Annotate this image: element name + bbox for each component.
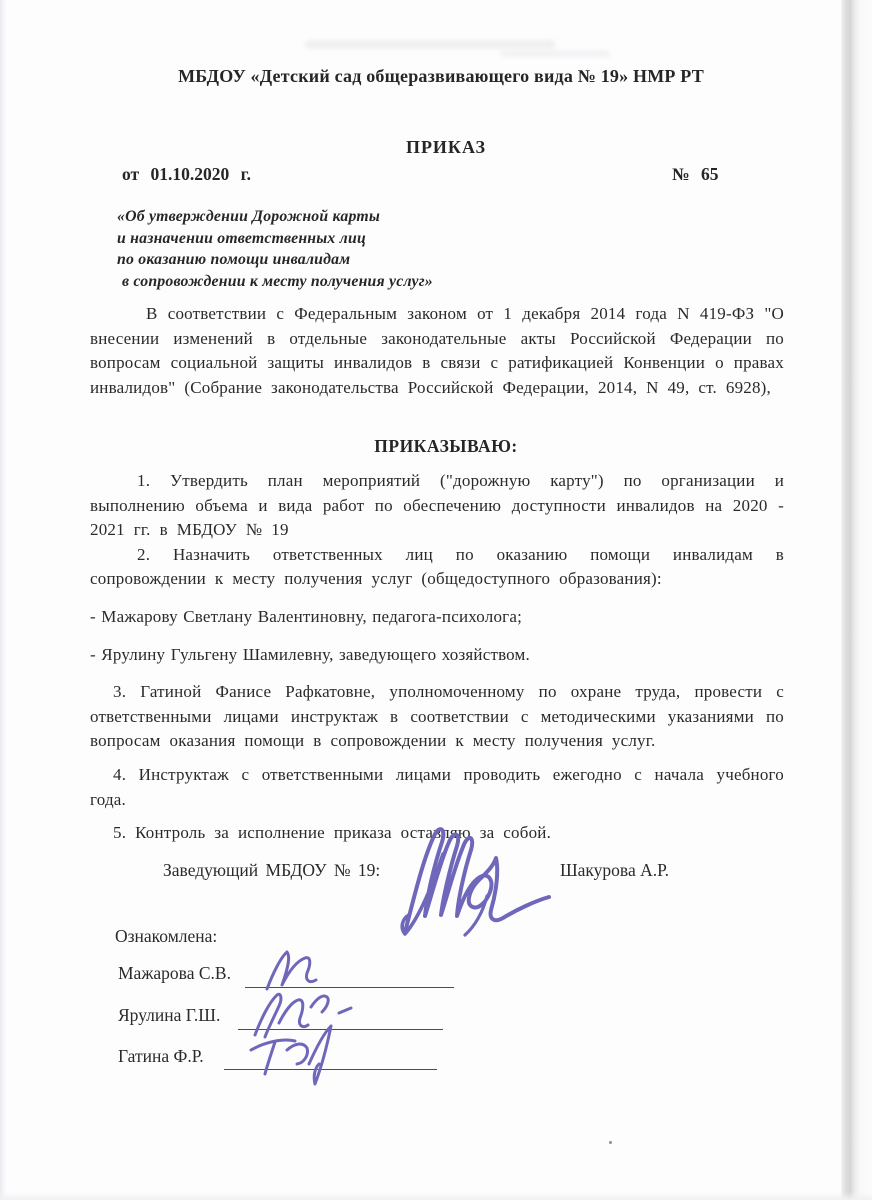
order-date: от 01.10.2020 г. xyxy=(122,164,251,185)
approver-name: Шакурова А.Р. xyxy=(560,860,669,881)
scan-right-edge-shadow xyxy=(841,0,872,1200)
signer-name-1: Мажарова С.В. xyxy=(118,963,231,984)
document-type-heading: ПРИКАЗ xyxy=(90,137,802,158)
approver-signature-scribble xyxy=(383,820,558,938)
acknowledgement-label: Ознакомлена: xyxy=(115,926,217,947)
order-verb-heading: ПРИКАЗЫВАЮ: xyxy=(90,436,802,457)
appointee-2: - Ярулину Гульгену Шамилевну, заведующег… xyxy=(90,643,784,668)
subject-line: «Об утверждении Дорожной карты xyxy=(117,206,433,228)
scan-bottom-edge-shadow xyxy=(0,1192,872,1200)
order-subject: «Об утверждении Дорожной карты и назначе… xyxy=(117,206,433,292)
order-item-4: 4. Инструктаж с ответственными лицами пр… xyxy=(90,763,784,812)
scan-artifact-smudge xyxy=(500,50,610,57)
scan-artifact-dot xyxy=(609,1141,612,1144)
order-item-1: 1. Утвердить план мероприятий ("дорожную… xyxy=(90,469,784,543)
signer-name-2: Ярулина Г.Ш. xyxy=(118,1005,220,1026)
signer-name-3: Гатина Ф.Р. xyxy=(118,1046,204,1067)
signer-signature-scribble-3 xyxy=(243,1022,363,1087)
approver-position-label: Заведующий МБДОУ № 19: xyxy=(163,860,380,881)
scanned-document-page: МБДОУ «Детский сад общеразвивающего вида… xyxy=(0,0,872,1200)
preamble-paragraph: В соответствии с Федеральным законом от … xyxy=(90,302,784,400)
organization-title: МБДОУ «Детский сад общеразвивающего вида… xyxy=(90,66,792,87)
appointee-1: - Мажарову Светлану Валентиновну, педаго… xyxy=(90,605,784,630)
subject-line: по оказанию помощи инвалидам xyxy=(117,249,433,271)
order-items: 1. Утвердить план мероприятий ("дорожную… xyxy=(90,469,784,846)
order-item-2: 2. Назначить ответственных лиц по оказан… xyxy=(90,543,784,592)
subject-line: и назначении ответственных лиц xyxy=(117,228,433,250)
order-item-3: 3. Гатиной Фанисе Рафкатовне, уполномоче… xyxy=(90,680,784,754)
scan-artifact-smudge xyxy=(305,40,555,49)
order-number: № 65 xyxy=(672,164,718,185)
subject-line: в сопровождении к месту получения услуг» xyxy=(117,271,433,293)
scan-left-edge-shadow xyxy=(0,0,7,1200)
